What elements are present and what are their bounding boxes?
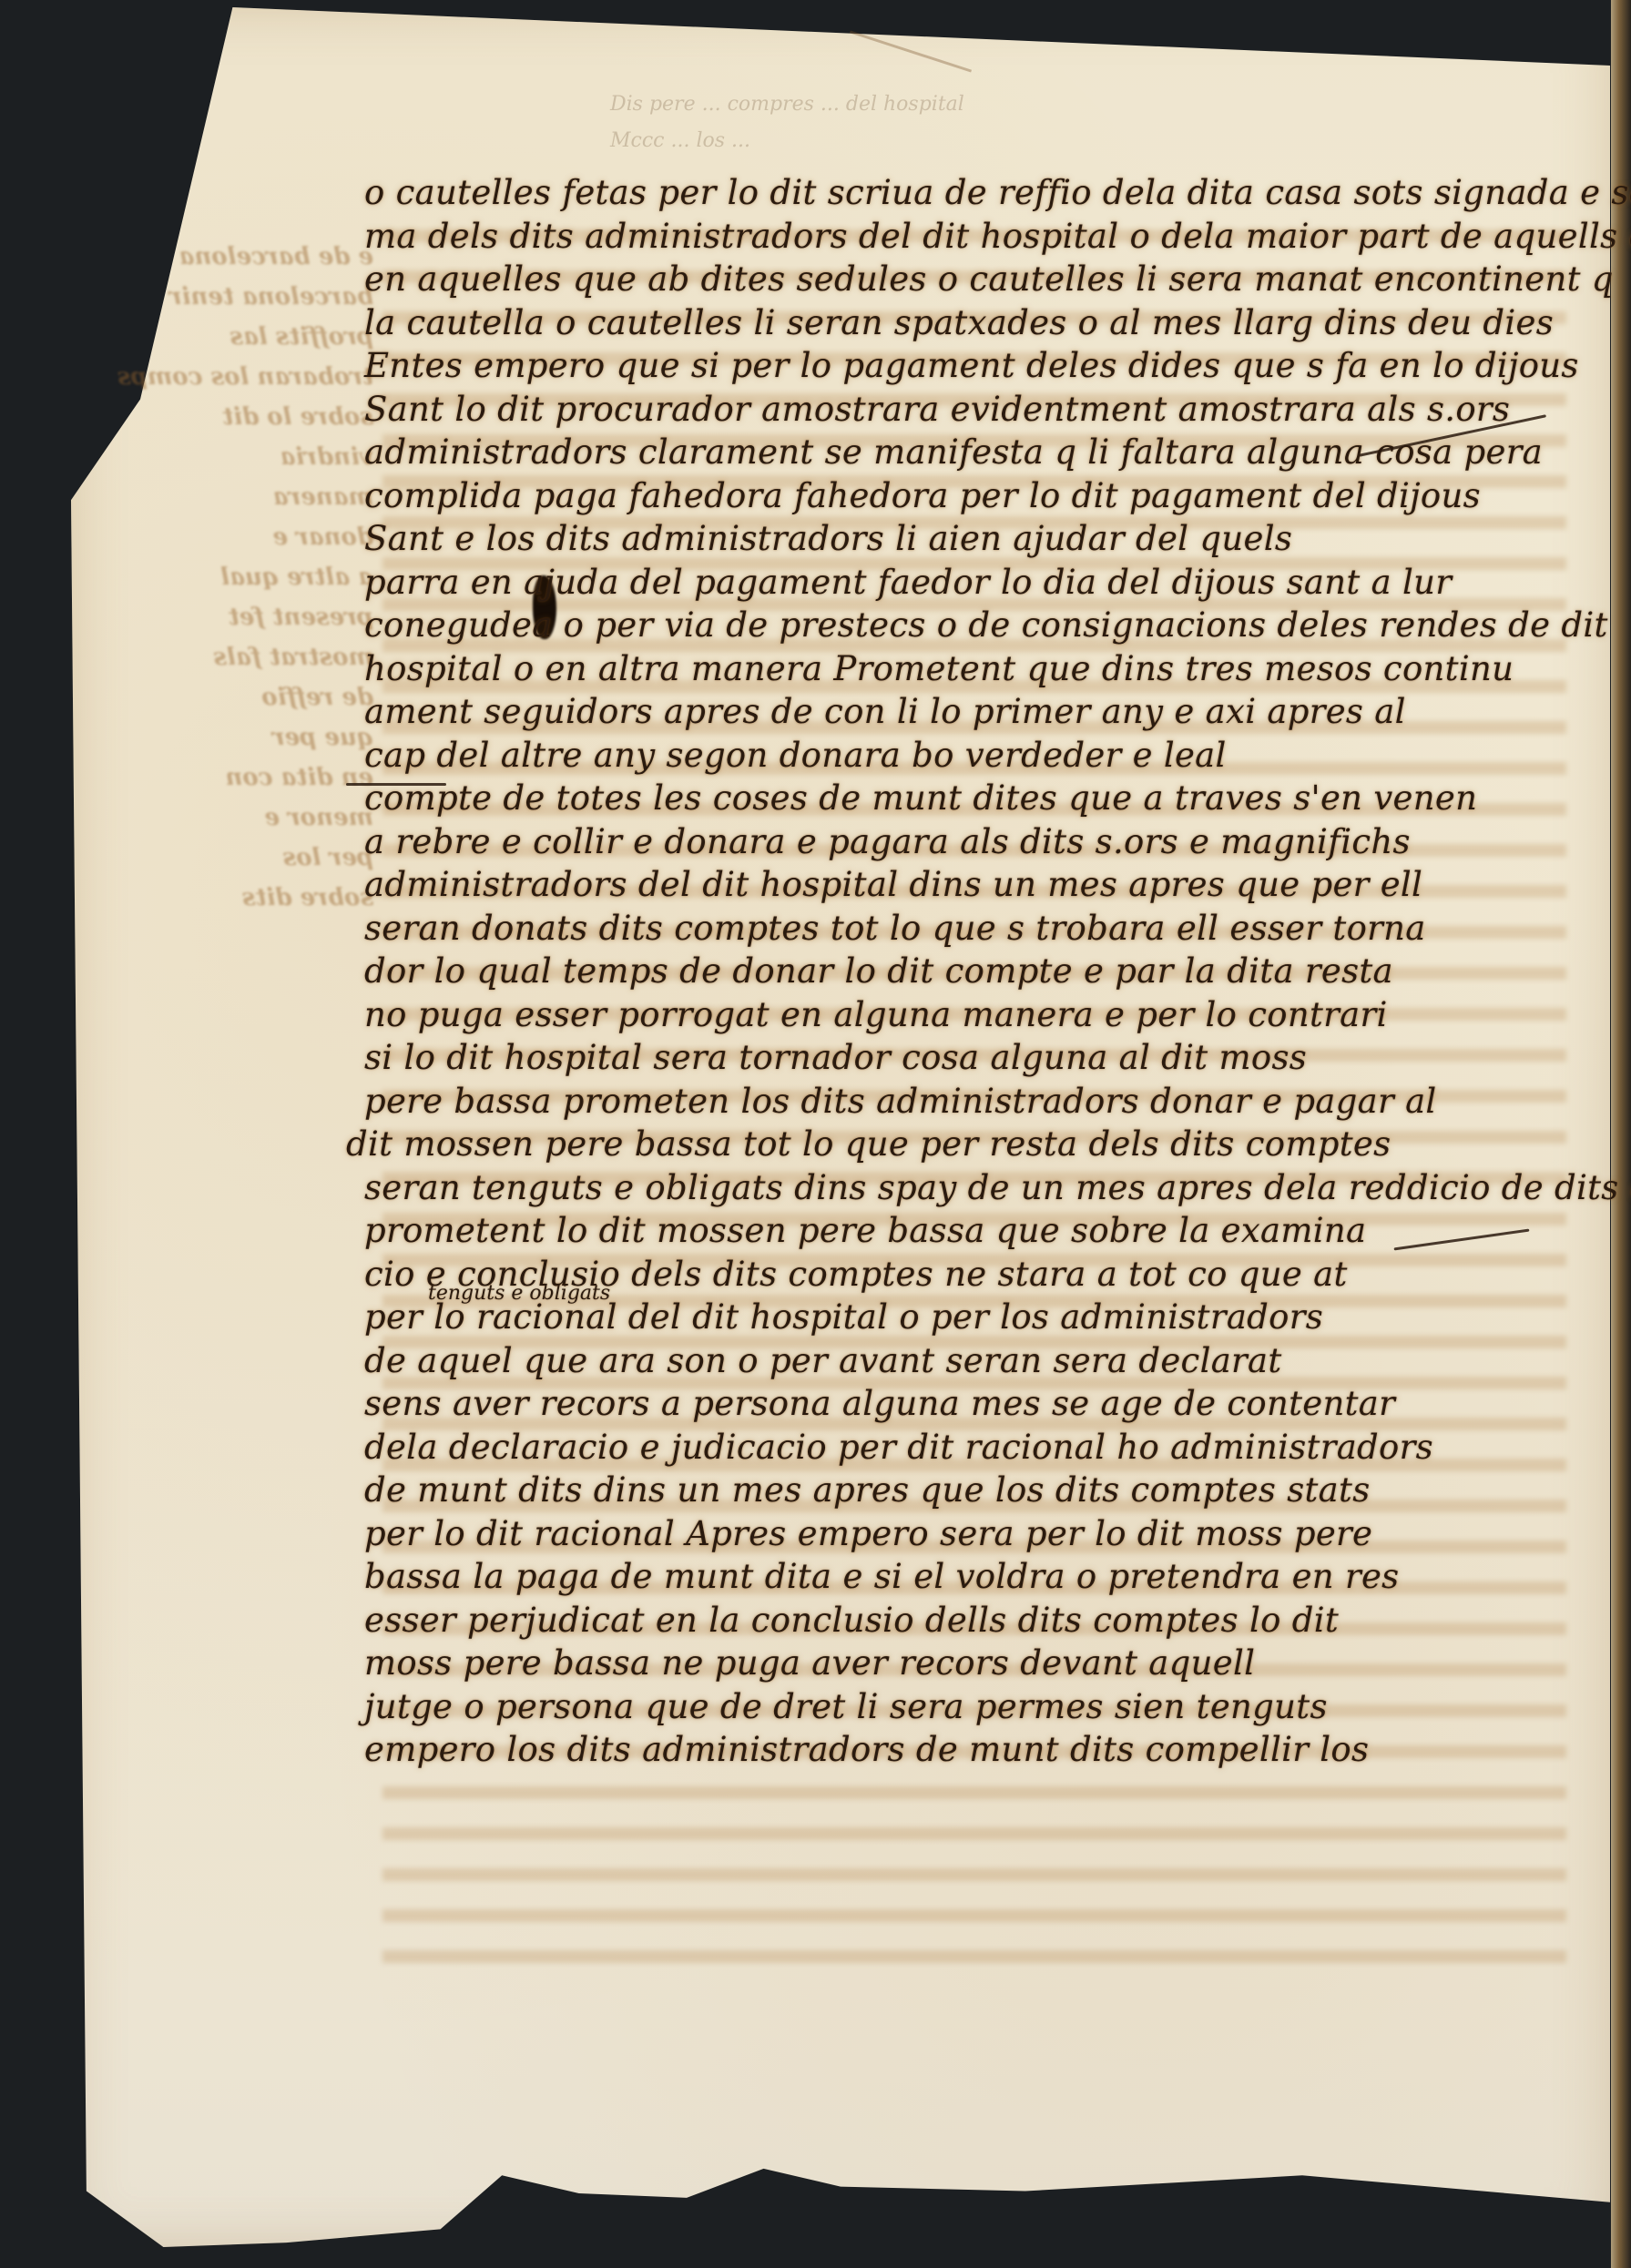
manuscript-line: empero los dits administradors de munt d…: [364, 1728, 1575, 1772]
manuscript-line: ma dels dits administradors del dit hosp…: [364, 215, 1575, 259]
manuscript-line: no puga esser porrogat en alguna manera …: [364, 993, 1575, 1037]
bleed-line: de reffio: [137, 677, 373, 717]
manuscript-line: bassa la paga de munt dita e si el voldr…: [364, 1555, 1575, 1599]
manuscript-line: compte de totes les coses de munt dites …: [364, 777, 1575, 820]
bleed-line: mostrat fals: [137, 637, 373, 677]
bleed-line: vindria: [137, 437, 373, 477]
manuscript-line: seran donats dits comptes tot lo que s t…: [364, 907, 1575, 951]
bleed-line: sobre dits: [137, 878, 373, 918]
interlinear-note: tenguts e obligats: [428, 1282, 610, 1305]
manuscript-line: pere bassa prometen los dits administrad…: [364, 1080, 1575, 1124]
bleed-line: proffits las: [137, 317, 373, 357]
bleed-line: donar e: [137, 517, 373, 557]
faint-header-line: Mccc ... los ...: [610, 123, 1248, 159]
manuscript-line: esser perjudicat en la conclusio dells d…: [364, 1599, 1575, 1643]
manuscript-line: sens aver recors a persona alguna mes se…: [364, 1382, 1575, 1426]
manuscript-line: dor lo qual temps de donar lo dit compte…: [364, 950, 1575, 993]
manuscript-line: complida paga fahedora fahedora per lo d…: [364, 474, 1575, 518]
manuscript-line: la cautella o cautelles li seran spatxad…: [364, 301, 1575, 345]
manuscript-line: a rebre e collir e donara e pagara als d…: [364, 820, 1575, 864]
binding-edge: [1611, 0, 1631, 2268]
bleed-line: present fet: [137, 597, 373, 637]
manuscript-line: dit mossen pere bassa tot lo que per res…: [346, 1123, 1575, 1166]
bleed-line: e de barcelona: [137, 237, 373, 277]
bleed-line: sobre lo dit: [137, 397, 373, 437]
bleed-line: que per: [137, 717, 373, 758]
manuscript-line: seran tenguts e obligats dins spay de un…: [364, 1166, 1575, 1210]
manuscript-body: o cautelles fetas per lo dit scriua de r…: [364, 171, 1575, 1772]
manuscript-line: dela declaracio e judicacio per dit raci…: [364, 1426, 1575, 1470]
pen-flourish: [346, 783, 446, 786]
bleed-line: menor e: [137, 798, 373, 838]
manuscript-line: administradors clarament se manifesta q …: [364, 431, 1575, 474]
manuscript-line: Sant lo dit procurador amostrara evident…: [364, 388, 1575, 432]
manuscript-viewer: Dis pere ... compres ... del hospital Mc…: [0, 0, 1631, 2268]
bleed-line: manera: [137, 477, 373, 517]
manuscript-line: Entes empero que si per lo pagament dele…: [364, 344, 1575, 388]
faint-header-line: Dis pere ... compres ... del hospital: [610, 86, 1248, 123]
manuscript-line: o cautelles fetas per lo dit scriua de r…: [364, 171, 1575, 215]
faint-header-annotation: Dis pere ... compres ... del hospital Mc…: [610, 86, 1248, 159]
manuscript-line: Sant e los dits administradors li aien a…: [364, 517, 1575, 561]
bleed-line: a altre qual: [137, 557, 373, 597]
bleed-through-text: e de barcelona barcelona tenir proffits …: [137, 237, 373, 918]
manuscript-line: moss pere bassa ne puga aver recors deva…: [364, 1642, 1575, 1685]
manuscript-line: parra en ajuda del pagament faedor lo di…: [364, 561, 1575, 605]
bleed-line: en dita con: [137, 758, 373, 798]
manuscript-line: en aquelles que ab dites sedules o caute…: [364, 258, 1575, 301]
manuscript-line: per lo dit racional Apres empero sera pe…: [364, 1512, 1575, 1556]
manuscript-line: si lo dit hospital sera tornador cosa al…: [364, 1036, 1575, 1080]
manuscript-line: hospital o en altra manera Prometent que…: [364, 647, 1575, 691]
manuscript-line: administradors del dit hospital dins un …: [364, 863, 1575, 907]
manuscript-line: de aquel que ara son o per avant seran s…: [364, 1339, 1575, 1383]
bleed-line: barcelona tenir: [137, 277, 373, 317]
bleed-line: trobaran los comps: [137, 357, 373, 397]
manuscript-line: cap del altre any segon donara bo verded…: [364, 734, 1575, 778]
manuscript-line: conegudea o per via de prestecs o de con…: [364, 604, 1575, 647]
bleed-line: per los: [137, 838, 373, 878]
manuscript-line: ament seguidors apres de con li lo prime…: [364, 690, 1575, 734]
manuscript-line: prometent lo dit mossen pere bassa que s…: [364, 1209, 1575, 1253]
manuscript-line: jutge o persona que de dret li sera perm…: [364, 1685, 1575, 1729]
manuscript-line: de munt dits dins un mes apres que los d…: [364, 1469, 1575, 1512]
